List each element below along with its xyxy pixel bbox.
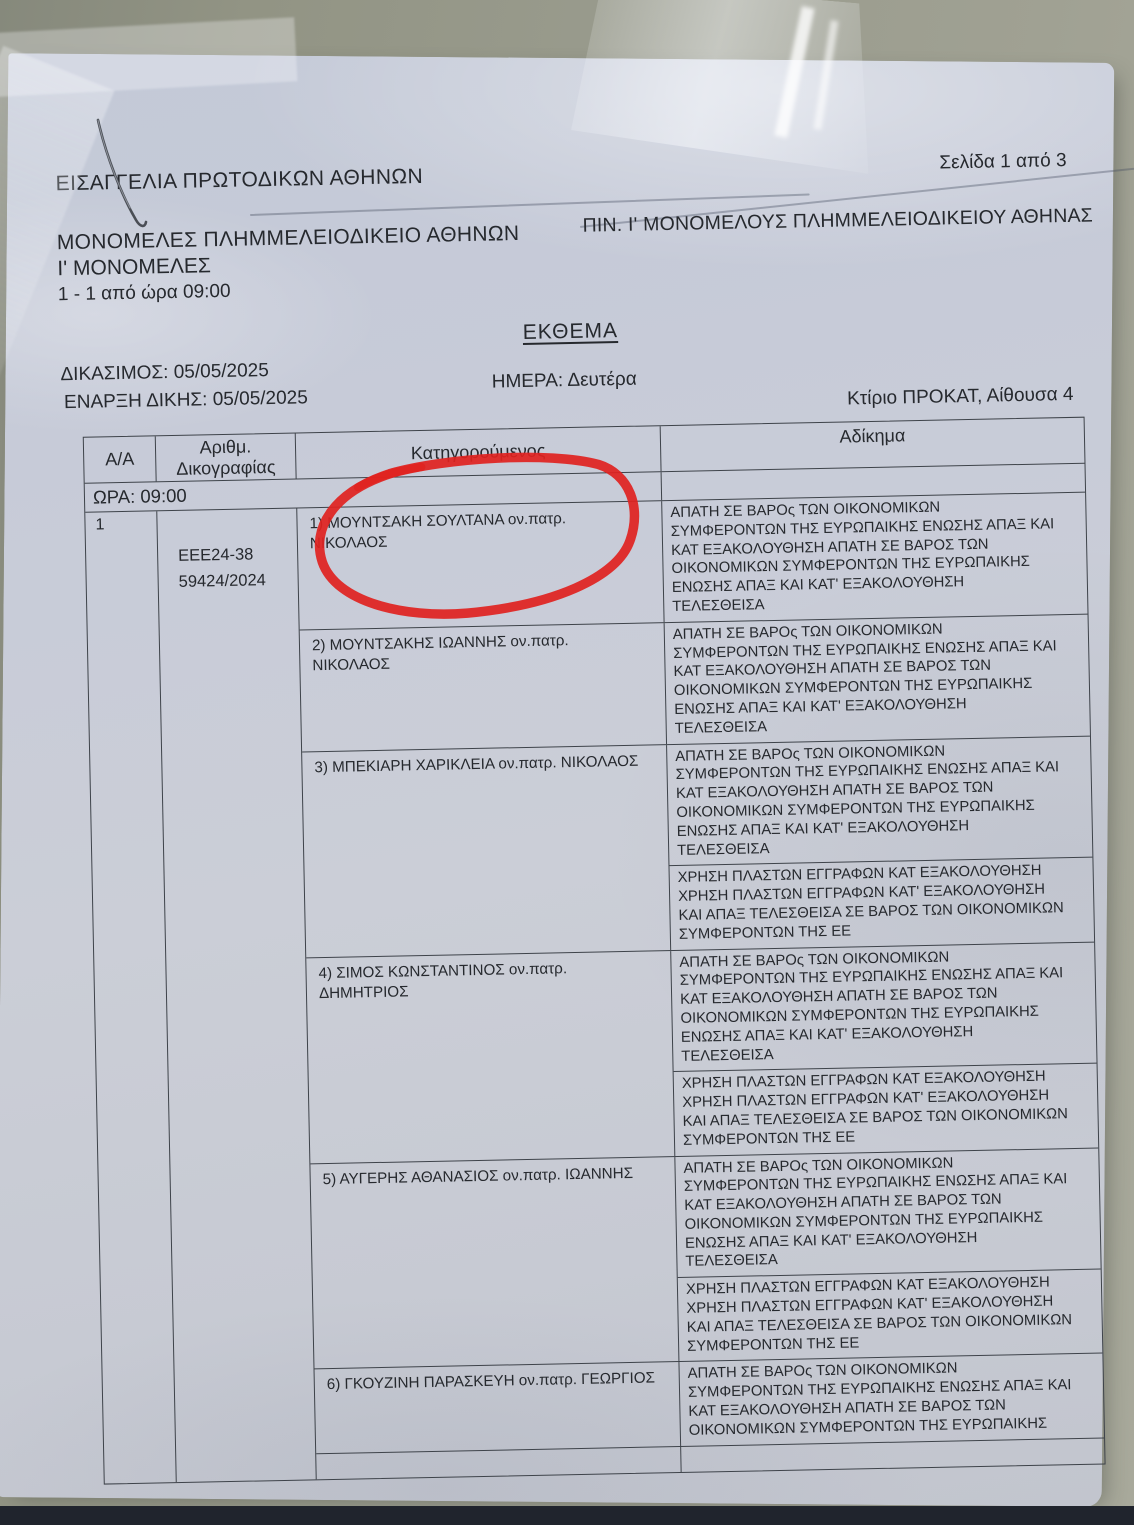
header-offense: Αδίκημα: [661, 418, 1085, 471]
defendant-name: 6) ΓΚΟΥΖΙΝΗ ΠΑΡΑΣΚΕΥΗ ον.πατρ. ΓΕΩΡΓΙΟΣ: [315, 1362, 682, 1452]
header-case-number-text: Αριθμ.Δικογραφίας: [176, 435, 276, 479]
offense-cell: ΑΠΑΤΗ ΣΕ ΒΑΡΟς ΤΩΝ ΟΙΚΟΝΟΜΙΚΩΝ ΣΥΜΦΕΡΟΝΤ…: [665, 614, 1090, 743]
defendant-row: 3) ΜΠΕΚΙΑΡΗ ΧΑΡΙΚΛΕΙΑ ον.πατρ. ΝΙΚΟΛΑΟΣ …: [302, 735, 1094, 957]
defendant-row: 6) ΓΚΟΥΖΙΝΗ ΠΑΡΑΣΚΕΥΗ ον.πατρ. ΓΕΩΡΓΙΟΣ …: [315, 1353, 1105, 1453]
bottom-dark-strip: [0, 1506, 1134, 1525]
defendant-name: 5) ΑΥΓΕΡΗΣ ΑΘΑΝΑΣΙΟΣ ον.πατρ. ΙΩΑΝΝΗΣ: [310, 1157, 679, 1369]
printed-content: ΕΙΣΑΓΓΕΛΙΑ ΠΡΩΤΟΔΙΚΩΝ ΑΘΗΝΩΝ Σελίδα 1 απ…: [0, 0, 1134, 1525]
time-range-line: 1 - 1 από ώρα 09:00: [58, 281, 231, 306]
offense-cell: ΑΠΑΤΗ ΣΕ ΒΑΡΟς ΤΩΝ ΟΙΚΟΝΟΜΙΚΩΝ ΣΥΜΦΕΡΟΝΤ…: [667, 736, 1092, 865]
defendant-name: 3) ΜΠΕΚΙΑΡΗ ΧΑΡΙΚΛΕΙΑ ον.πατρ. ΝΙΚΟΛΑΟΣ: [302, 745, 671, 957]
offense-cell: ΑΠΑΤΗ ΣΕ ΒΑΡΟς ΤΩΝ ΟΙΚΟΝΟΜΙΚΩΝ ΣΥΜΦΕΡΟΝΤ…: [675, 1148, 1100, 1277]
defendant-name: 4) ΣΙΜΟΣ ΚΩΝΣΤΑΝΤΙΝΟΣ ον.πατρ. ΔΗΜΗΤΡΙΟΣ: [306, 951, 675, 1163]
offense-cell: ΧΡΗΣΗ ΠΛΑΣΤΩΝ ΕΓΓΡΑΦΩΝ ΚΑΤ ΕΞΑΚΟΛΟΥΘΗΣΗ …: [678, 1269, 1103, 1362]
offense-cell: ΧΡΗΣΗ ΠΛΑΣΤΩΝ ΕΓΓΡΑΦΩΝ ΚΑΤ ΕΞΑΚΟΛΟΥΘΗΣΗ …: [674, 1063, 1099, 1156]
page-indicator: Σελίδα 1 από 3: [939, 150, 1067, 175]
header-aa: Α/Α: [84, 436, 157, 482]
offense-cell: ΧΡΗΣΗ ΠΛΑΣΤΩΝ ΕΓΓΡΑΦΩΝ ΚΑΤ ΕΞΑΚΟΛΟΥΘΗΣΗ …: [669, 857, 1094, 950]
header-case-number: Αριθμ.Δικογραφίας: [156, 434, 297, 482]
defendant-row: 5) ΑΥΓΕΡΗΣ ΑΘΑΝΑΣΙΟΣ ον.πατρ. ΙΩΑΝΝΗΣ ΑΠ…: [310, 1147, 1102, 1369]
offense-cell: ΑΠΑΤΗ ΣΕ ΒΑΡΟς ΤΩΝ ΟΙΚΟΝΟΜΙΚΩΝ ΣΥΜΦΕΡΟΝΤ…: [662, 493, 1087, 622]
document-title: ΕΚΘΕΜΑ: [523, 319, 619, 345]
location-line: Κτίριο ΠΡΟΚΑΤ, Αίθουσα 4: [847, 384, 1074, 411]
defendant-row: 4) ΣΙΜΟΣ ΚΩΝΣΤΑΝΤΙΝΟΣ ον.πατρ. ΔΗΜΗΤΡΙΟΣ…: [306, 941, 1098, 1163]
photo-scene: ΕΙΣΑΓΓΕΛΙΑ ΠΡΩΤΟΔΙΚΩΝ ΑΘΗΝΩΝ Σελίδα 1 απ…: [0, 0, 1134, 1525]
case-number-cell: ΕΕΕ24-3859424/2024: [157, 509, 316, 1482]
offense-cell: ΑΠΑΤΗ ΣΕ ΒΑΡΟς ΤΩΝ ΟΙΚΟΝΟΜΙΚΩΝ ΣΥΜΦΕΡΟΝΤ…: [671, 942, 1096, 1071]
pushpin-wire: [86, 116, 158, 248]
hearing-date-line: ΔΙΚΑΣΙΜΟΣ: 05/05/2025: [60, 360, 269, 386]
offense-cell: ΑΠΑΤΗ ΣΕ ΒΑΡΟς ΤΩΝ ΟΙΚΟΝΟΜΙΚΩΝ ΣΥΜΦΕΡΟΝΤ…: [679, 1354, 1104, 1446]
red-marker-start-stroke: [357, 467, 421, 487]
table-body: 1 ΕΕΕ24-3859424/2024 1) ΜΟΥΝΤΣΑΚΗ ΣΟΥΛΤΑ…: [85, 493, 1104, 1484]
defendant-name: 2) ΜΟΥΝΤΣΑΚΗΣ ΙΩΑΝΝΗΣ ον.πατρ. ΝΙΚΟΛΑΟΣ: [300, 623, 667, 751]
day-line: ΗΜΕΡΑ: Δευτέρα: [492, 369, 637, 394]
trial-start-line: ΕΝΑΡΞΗ ΔΙΚΗΣ: 05/05/2025: [64, 387, 308, 414]
court-section-line: Ι' ΜΟΝΟΜΕΛΕΣ: [57, 254, 211, 281]
red-marker-circle: [297, 444, 653, 637]
defendants-column: 1) ΜΟΥΝΤΣΑΚΗ ΣΟΥΛΤΑΝΑ ον.πατρ. ΝΙΚΟΛΑΟΣ …: [297, 493, 1104, 1479]
board-title: ΠΙΝ. Ι' ΜΟΝΟΜΕΛΟΥΣ ΠΛΗΜΜΕΛΕΙΟΔΙΚΕΙΟΥ ΑΘΗ…: [582, 204, 1093, 237]
